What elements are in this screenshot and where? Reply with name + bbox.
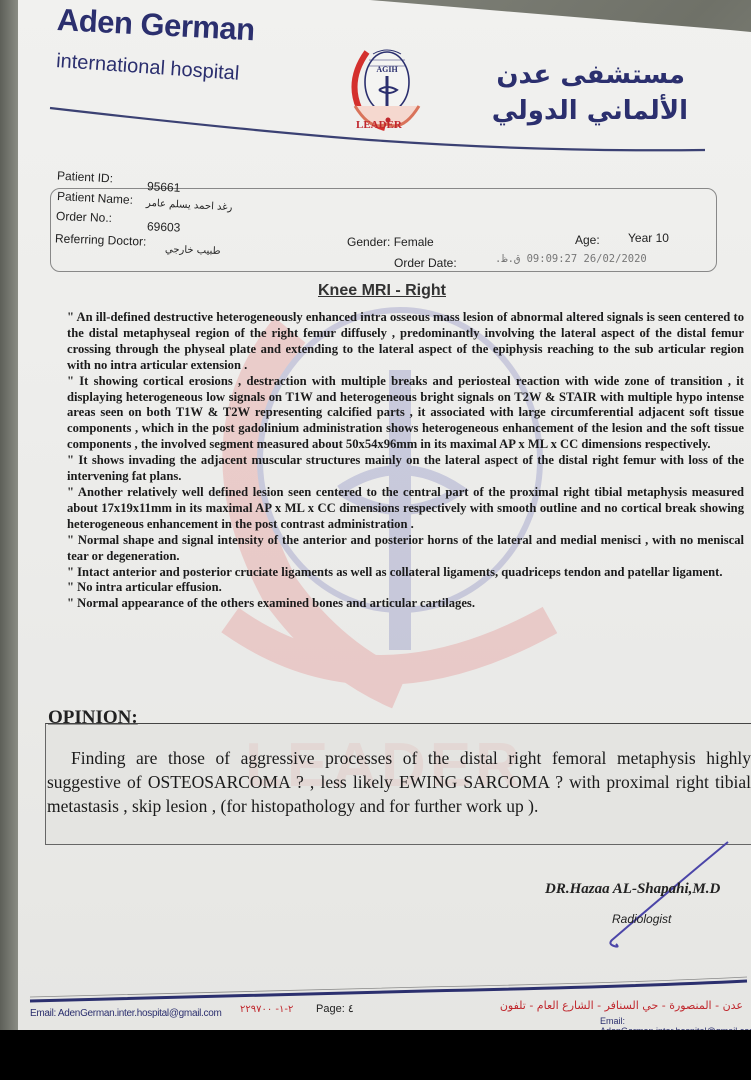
finding-paragraph: " Intact anterior and posterior cruciate… [67,565,744,581]
order-no-label: Order No.: [56,209,112,225]
hospital-name-ar: مستشفى عدن [480,60,685,90]
radiologist-title: Radiologist [612,912,671,926]
order-no-value: 69603 [147,219,181,234]
finding-paragraph: " Normal appearance of the others examin… [67,596,744,612]
page-number: Page: ٤ [316,1002,354,1015]
age-value: Year 10 [628,231,669,245]
report-title: Knee MRI - Right [318,282,446,300]
referring-doctor-value: طبيب خارجي [165,244,221,257]
gender-field: Gender: Female [347,235,434,249]
finding-paragraph: " It showing cortical erosions , destrac… [67,374,744,454]
finding-paragraph: " An ill-defined destructive heterogeneo… [67,310,744,374]
gender-value: Female [394,235,434,249]
finding-paragraph: " No intra articular effusion. [67,580,744,596]
finding-paragraph: " It shows invading the adjacent muscula… [67,453,744,485]
radiologist-name: DR.Hazaa AL-Shapahi,M.D [545,881,720,898]
gender-label: Gender: [347,235,390,249]
svg-text:AGIH: AGIH [376,65,398,74]
patient-id-label: Patient ID: [57,169,114,186]
findings-section: " An ill-defined destructive heterogeneo… [67,310,744,612]
order-date-label: Order Date: [394,256,457,270]
patient-id-value: 95661 [147,179,181,195]
footer-address: عدن - المنصورة - حي السنافر - الشارع الع… [358,999,743,1012]
footer-phone: ٢-١- ٢٢٩٧٠٠ [240,1004,293,1015]
order-date-value: 26/02/2020 09:09:27 ق.ظ. [495,253,647,265]
finding-paragraph: " Another relatively well defined lesion… [67,485,744,533]
footer-email: Email: AdenGerman.inter.hospital@gmail.c… [30,1008,222,1019]
page-edge-shadow [0,0,18,1030]
header-divider [40,100,710,160]
opinion-text: Finding are those of aggressive processe… [47,746,751,818]
screen-bottom-bar [0,1030,751,1080]
finding-paragraph: " Normal shape and signal intensity of t… [67,533,744,565]
age-label: Age: [575,233,600,247]
